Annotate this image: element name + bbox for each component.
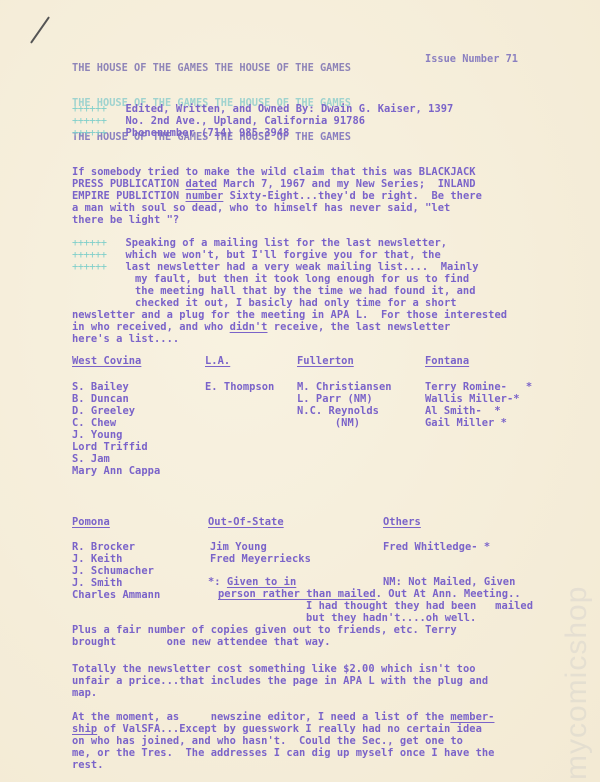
- legend-star-cont: person rather than mailed. Out At Ann. M…: [218, 589, 521, 601]
- list-item: Lord Triffid: [72, 441, 160, 453]
- heading-others: Others: [383, 517, 421, 529]
- intro-line: PRESS PUBLICATION dated March 7, 1967 an…: [72, 179, 476, 191]
- closing-line: ship of ValSFA...Except by guesswork I r…: [72, 724, 482, 736]
- copies-line: brought one new attendee that way.: [72, 637, 331, 649]
- list-item: Jim Young: [210, 541, 311, 553]
- mailing-line: here's a list....: [72, 334, 179, 346]
- legend-note: but they hadn't....oh well.: [306, 613, 476, 625]
- list-item: Charles Ammann: [72, 589, 160, 601]
- legend-star: *: Given to in: [208, 577, 296, 589]
- list-item: N.C. Reynolds: [297, 405, 392, 417]
- list-item: Wallis Miller-*: [425, 393, 532, 405]
- closing-line: me, or the Tres. The addresses I can dig…: [72, 748, 494, 760]
- list-item: Al Smith- *: [425, 405, 532, 417]
- list-pomona: R. BrockerJ. KeithJ. SchumacherJ. SmithC…: [72, 541, 160, 601]
- list-item: S. Bailey: [72, 381, 160, 393]
- plus-rule: ++++++: [72, 127, 107, 139]
- heading-la: L.A.: [205, 356, 230, 368]
- list-others: Fred Whitledge- *: [383, 541, 490, 553]
- mailing-line: ++++++ Speaking of a mailing list for th…: [72, 238, 447, 250]
- heading-out-of-state: Out-Of-State: [208, 517, 284, 529]
- issue-number: Issue Number 71: [425, 53, 518, 65]
- list-item: Gail Miller *: [425, 417, 532, 429]
- intro-line: EMPIRE PUBLICTION number Sixty-Eight...t…: [72, 191, 482, 203]
- list-item: (NM): [297, 417, 392, 429]
- list-item: R. Brocker: [72, 541, 160, 553]
- mailing-line: ++++++ which we won't, but I'll forgive …: [72, 250, 441, 262]
- list-item: J. Keith: [72, 553, 160, 565]
- intro-line: If somebody tried to make the wild claim…: [72, 167, 476, 179]
- list-fullerton: M. ChristiansenL. Parr (NM)N.C. Reynolds…: [297, 381, 392, 429]
- colophon-line: ++++++ No. 2nd Ave., Upland, California …: [72, 116, 365, 128]
- list-item: B. Duncan: [72, 393, 160, 405]
- mailing-line: newsletter and a plug for the meeting in…: [72, 310, 507, 322]
- masthead-line: THE HOUSE OF THE GAMES THE HOUSE OF THE …: [72, 63, 351, 75]
- legend-note: I had thought they had been mailed: [306, 601, 533, 613]
- list-west-covina: S. BaileyB. DuncanD. GreeleyC. ChewJ. Yo…: [72, 381, 160, 477]
- colophon-line: ++++++ Phonenumber (714) 985-3948: [72, 128, 289, 140]
- mailing-line: checked it out, I basicly had only time …: [135, 298, 457, 310]
- list-item: Terry Romine- *: [425, 381, 532, 393]
- list-la: E. Thompson: [205, 381, 274, 393]
- mailing-line: in who received, and who didn't receive,…: [72, 322, 450, 334]
- list-item: Mary Ann Cappa: [72, 465, 160, 477]
- list-item: M. Christiansen: [297, 381, 392, 393]
- list-item: S. Jam: [72, 453, 160, 465]
- legend-nm: NM: Not Mailed, Given: [383, 577, 515, 589]
- intro-line: there be light "?: [72, 215, 179, 227]
- list-item: J. Smith: [72, 577, 160, 589]
- list-item: Fred Meyerriecks: [210, 553, 311, 565]
- list-fontana: Terry Romine- *Wallis Miller-*Al Smith- …: [425, 381, 532, 429]
- heading-fullerton: Fullerton: [297, 356, 354, 368]
- mailing-line: the meeting hall that by the time we had…: [135, 286, 476, 298]
- list-out-of-state: Jim YoungFred Meyerriecks: [210, 541, 311, 565]
- list-item: L. Parr (NM): [297, 393, 392, 405]
- closing-line: on who has joined, and who hasn't. Could…: [72, 736, 463, 748]
- closing-line: At the moment, as newszine editor, I nee…: [72, 712, 494, 724]
- watermark: mycomicshop: [560, 586, 594, 780]
- plus-rule: ++++++: [72, 115, 107, 127]
- cost-line: unfair a price...that includes the page …: [72, 676, 488, 688]
- heading-west-covina: West Covina: [72, 356, 141, 368]
- list-item: J. Schumacher: [72, 565, 160, 577]
- cost-line: Totally the newsletter cost something li…: [72, 664, 476, 676]
- list-item: C. Chew: [72, 417, 160, 429]
- cost-line: map.: [72, 688, 97, 700]
- mailing-line: ++++++ last newsletter had a very weak m…: [72, 262, 479, 274]
- list-item: D. Greeley: [72, 405, 160, 417]
- intro-line: a man with soul so dead, who to himself …: [72, 203, 450, 215]
- heading-fontana: Fontana: [425, 356, 469, 368]
- copies-line: Plus a fair number of copies given out t…: [72, 625, 457, 637]
- list-item: J. Young: [72, 429, 160, 441]
- closing-line: rest.: [72, 760, 104, 772]
- list-item: Fred Whitledge- *: [383, 541, 490, 553]
- plus-rule: ++++++: [72, 103, 107, 115]
- list-item: E. Thompson: [205, 381, 274, 393]
- colophon-line: ++++++ Edited, Written, and Owned By: Dw…: [72, 104, 453, 116]
- heading-pomona: Pomona: [72, 517, 110, 529]
- mailing-line: my fault, but then it took long enough f…: [135, 274, 469, 286]
